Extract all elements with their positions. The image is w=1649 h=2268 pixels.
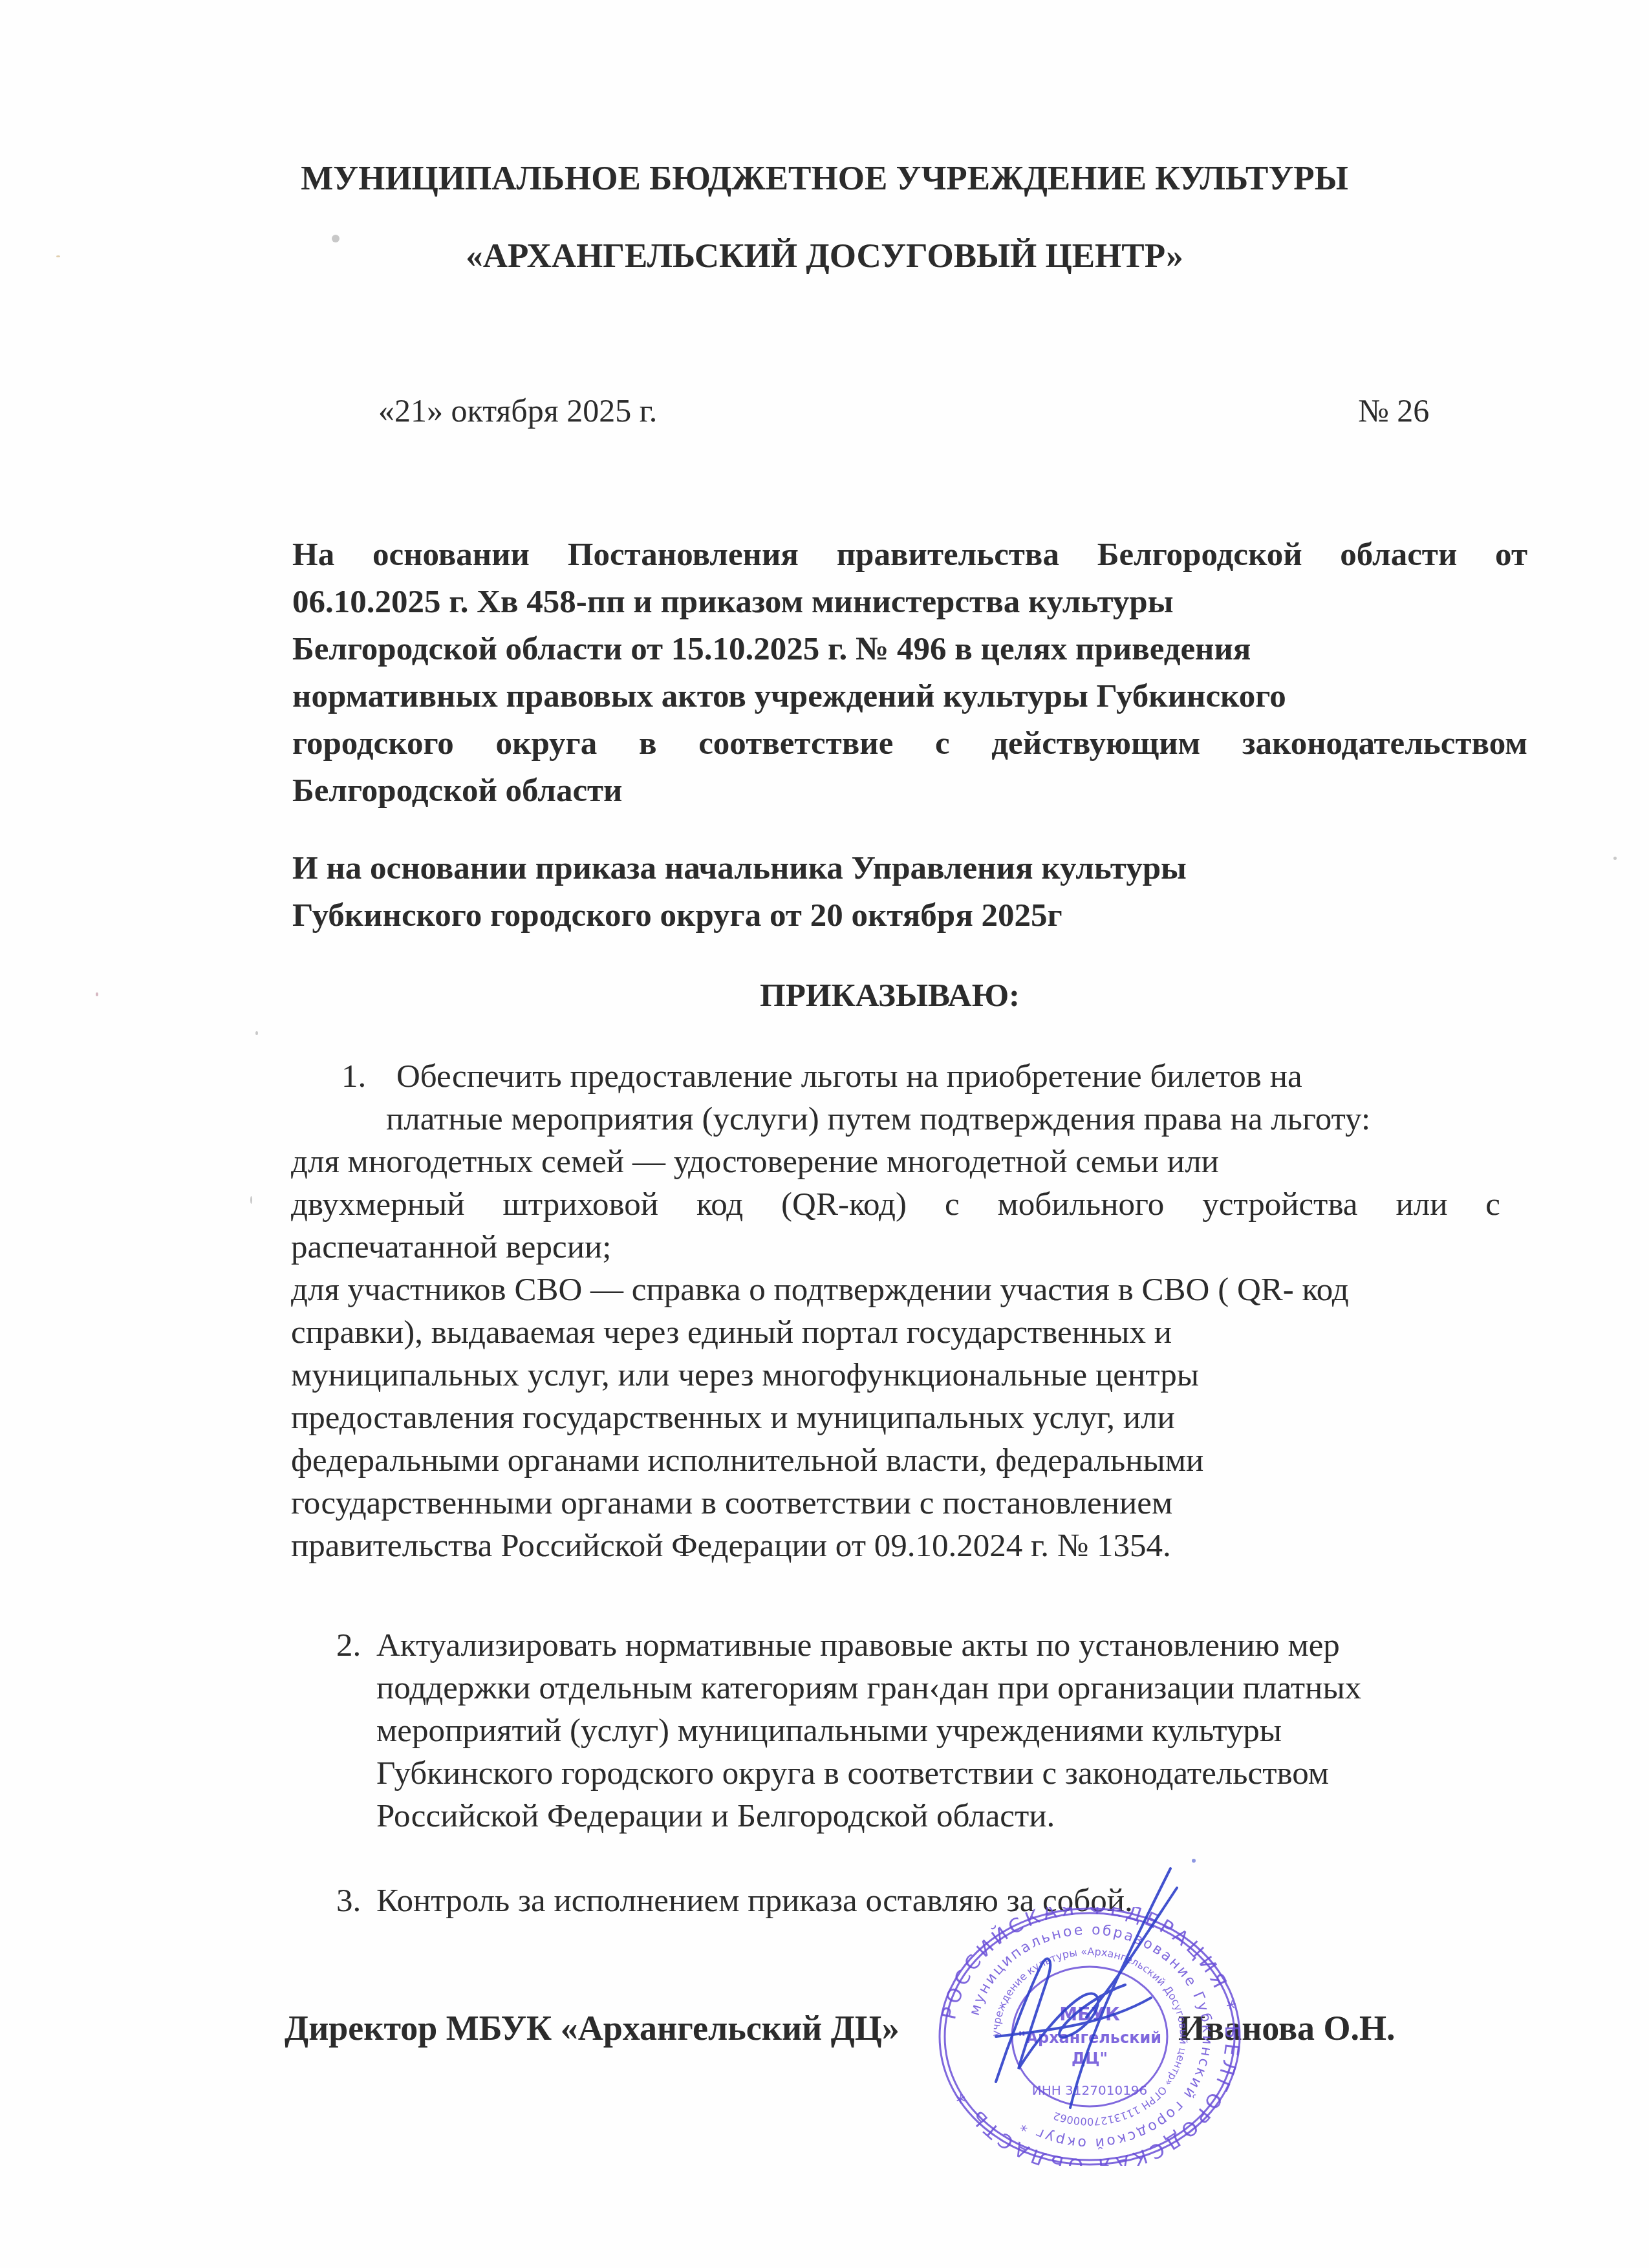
item-line: Российской Федерации и Белгородской обла…: [376, 1800, 1055, 1833]
item-line: правительства Российской Федерации от 09…: [291, 1530, 1171, 1563]
order-number: № 26: [1358, 394, 1429, 427]
preamble-line: городского округа в соответствие с дейст…: [292, 727, 1527, 760]
scan-speck: [255, 1031, 258, 1035]
item-line: мероприятий (услуг) муниципальными учреж…: [376, 1715, 1282, 1748]
org-name-line1: МУНИЦИПАЛЬНОЕ БЮДЖЕТНОЕ УЧРЕЖДЕНИЕ КУЛЬТ…: [0, 162, 1649, 196]
item-line: поддержки отдельным категориям гран‹дан …: [376, 1672, 1361, 1705]
signatory-position: Директор МБУК «Архангельский ДЦ»: [285, 2011, 900, 2046]
preamble-line: Белгородской области: [292, 775, 622, 808]
scan-speck: [250, 1196, 252, 1204]
item-line: Обеспечить предоставление льготы на прио…: [396, 1060, 1302, 1093]
item-line: для участников СВО — справка о подтвержд…: [291, 1274, 1349, 1307]
item-number: 1.: [341, 1060, 366, 1093]
preamble-line: 06.10.2025 г. Хв 458-пп и приказом минис…: [292, 586, 1174, 619]
item-line: предоставления государственных и муницип…: [291, 1402, 1175, 1435]
preamble-line: Белгородской области от 15.10.2025 г. № …: [292, 633, 1251, 666]
org-name-line2: «АРХАНГЕЛЬСКИЙ ДОСУГОВЫЙ ЦЕНТР»: [0, 239, 1649, 273]
item-number: 3.: [336, 1885, 361, 1918]
basis-line: Губкинского городского округа от 20 октя…: [292, 899, 1062, 932]
item-number: 2.: [336, 1629, 361, 1662]
preamble-line: нормативных правовых актов учреждений ку…: [292, 680, 1286, 713]
item-line: муниципальных услуг, или через многофунк…: [291, 1359, 1199, 1392]
scan-speck: [96, 992, 98, 996]
scan-speck: [1613, 857, 1617, 860]
order-heading: ПРИКАЗЫВАЮ:: [760, 979, 1020, 1012]
order-date: «21» октября 2025 г.: [378, 394, 657, 427]
item-line: распечатанной версии;: [291, 1231, 611, 1264]
item-line: Губкинского городского округа в соответс…: [376, 1757, 1329, 1790]
item-line: для многодетных семей — удостоверение мн…: [291, 1146, 1219, 1179]
handwritten-signature-icon: [957, 1849, 1203, 2134]
item-line: двухмерный штриховой код (QR-код) с моби…: [291, 1188, 1500, 1221]
item-line: Актуализировать нормативные правовые акт…: [376, 1629, 1340, 1662]
item-line: государственными органами в соответствии…: [291, 1487, 1172, 1520]
item-line: федеральными органами исполнительной вла…: [291, 1444, 1203, 1477]
item-line: платные мероприятия (услуги) путем подтв…: [386, 1103, 1370, 1136]
item-line: справки), выдаваемая через единый портал…: [291, 1316, 1172, 1349]
preamble-line: На основании Постановления правительства…: [292, 539, 1527, 572]
scanned-page: МУНИЦИПАЛЬНОЕ БЮДЖЕТНОЕ УЧРЕЖДЕНИЕ КУЛЬТ…: [0, 0, 1649, 2268]
basis-line: И на основании приказа начальника Управл…: [292, 852, 1187, 885]
